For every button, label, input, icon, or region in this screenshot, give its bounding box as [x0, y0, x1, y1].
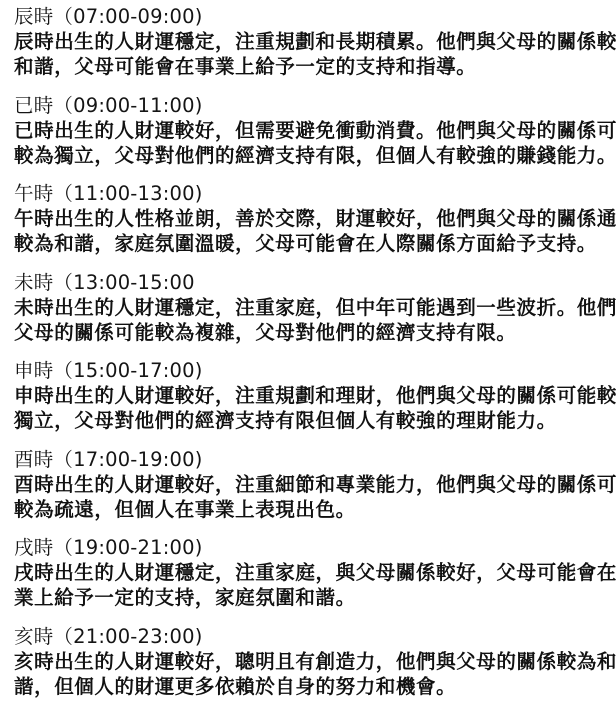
section-heading: 已時（09:00-11:00)	[14, 93, 608, 118]
section-text-line: 較為和諧，家庭氛圍溫暖，父母可能會在人際關係方面給予支持。	[14, 231, 608, 256]
section-text-line: 獨立，父母對他們的經濟支持有限但個人有較強的理財能力。	[14, 408, 608, 433]
section-xu-hour: 戌時（19:00-21:00) 戌時出生的人財運穩定，注重家庭，與父母關係較好，…	[14, 535, 608, 624]
section-text-line: 諧，但個人的財運更多依賴於自身的努力和機會。	[14, 674, 608, 699]
section-heading: 未時（13:00-15:00	[14, 270, 608, 295]
section-heading: 午時（11:00-13:00)	[14, 181, 608, 206]
section-text-line: 父母的關係可能較為複雜，父母對他們的經濟支持有限。	[14, 320, 608, 345]
section-text-line: 和諧，父母可能會在事業上給予一定的支持和指導。	[14, 54, 608, 79]
section-text-line: 已時出生的人財運較好，但需要避免衝動消費。他們與父母的關係可能	[14, 118, 608, 143]
section-text-line: 亥時出生的人財運較好，聰明且有創造力，他們與父母的關係較為和	[14, 649, 608, 674]
section-heading: 亥時（21:00-23:00)	[14, 624, 608, 649]
section-text-line: 戌時出生的人財運穩定，注重家庭，與父母關係較好，父母可能會在事	[14, 560, 608, 585]
section-hai-hour: 亥時（21:00-23:00) 亥時出生的人財運較好，聰明且有創造力，他們與父母…	[14, 624, 608, 712]
section-heading: 申時（15:00-17:00)	[14, 358, 608, 383]
section-heading: 戌時（19:00-21:00)	[14, 535, 608, 560]
section-text-line: 辰時出生的人財運穩定，注重規劃和長期積累。他們與父母的關係較為	[14, 29, 608, 54]
section-chen-hour: 辰時（07:00-09:00) 辰時出生的人財運穩定，注重規劃和長期積累。他們與…	[14, 4, 608, 93]
section-wu-hour: 午時（11:00-13:00) 午時出生的人性格並朗，善於交際，財運較好，他們與…	[14, 181, 608, 270]
document-page: 辰時（07:00-09:00) 辰時出生的人財運穩定，注重規劃和長期積累。他們與…	[14, 4, 608, 712]
section-text-line: 較為獨立，父母對他們的經濟支持有限，但個人有較強的賺錢能力。	[14, 143, 608, 168]
section-text-line: 未時出生的人財運穩定，注重家庭，但中年可能遇到一些波折。他們與	[14, 295, 608, 320]
section-si-hour: 已時（09:00-11:00) 已時出生的人財運較好，但需要避免衝動消費。他們與…	[14, 93, 608, 182]
section-text-line: 午時出生的人性格並朗，善於交際，財運較好，他們與父母的關係通常	[14, 206, 608, 231]
section-text-line: 業上給予一定的支持，家庭氛圍和諧。	[14, 585, 608, 610]
section-text-line: 申時出生的人財運較好，注重規劃和理財，他們與父母的關係可能較為	[14, 383, 608, 408]
section-text-line: 酉時出生的人財運較好，注重細節和專業能力，他們與父母的關係可能	[14, 472, 608, 497]
section-you-hour: 酉時（17:00-19:00) 酉時出生的人財運較好，注重細節和專業能力，他們與…	[14, 447, 608, 536]
section-shen-hour: 申時（15:00-17:00) 申時出生的人財運較好，注重規劃和理財，他們與父母…	[14, 358, 608, 447]
section-heading: 酉時（17:00-19:00)	[14, 447, 608, 472]
section-heading: 辰時（07:00-09:00)	[14, 4, 608, 29]
section-wei-hour: 未時（13:00-15:00 未時出生的人財運穩定，注重家庭，但中年可能遇到一些…	[14, 270, 608, 359]
section-text-line: 較為疏遠，但個人在事業上表現出色。	[14, 497, 608, 522]
